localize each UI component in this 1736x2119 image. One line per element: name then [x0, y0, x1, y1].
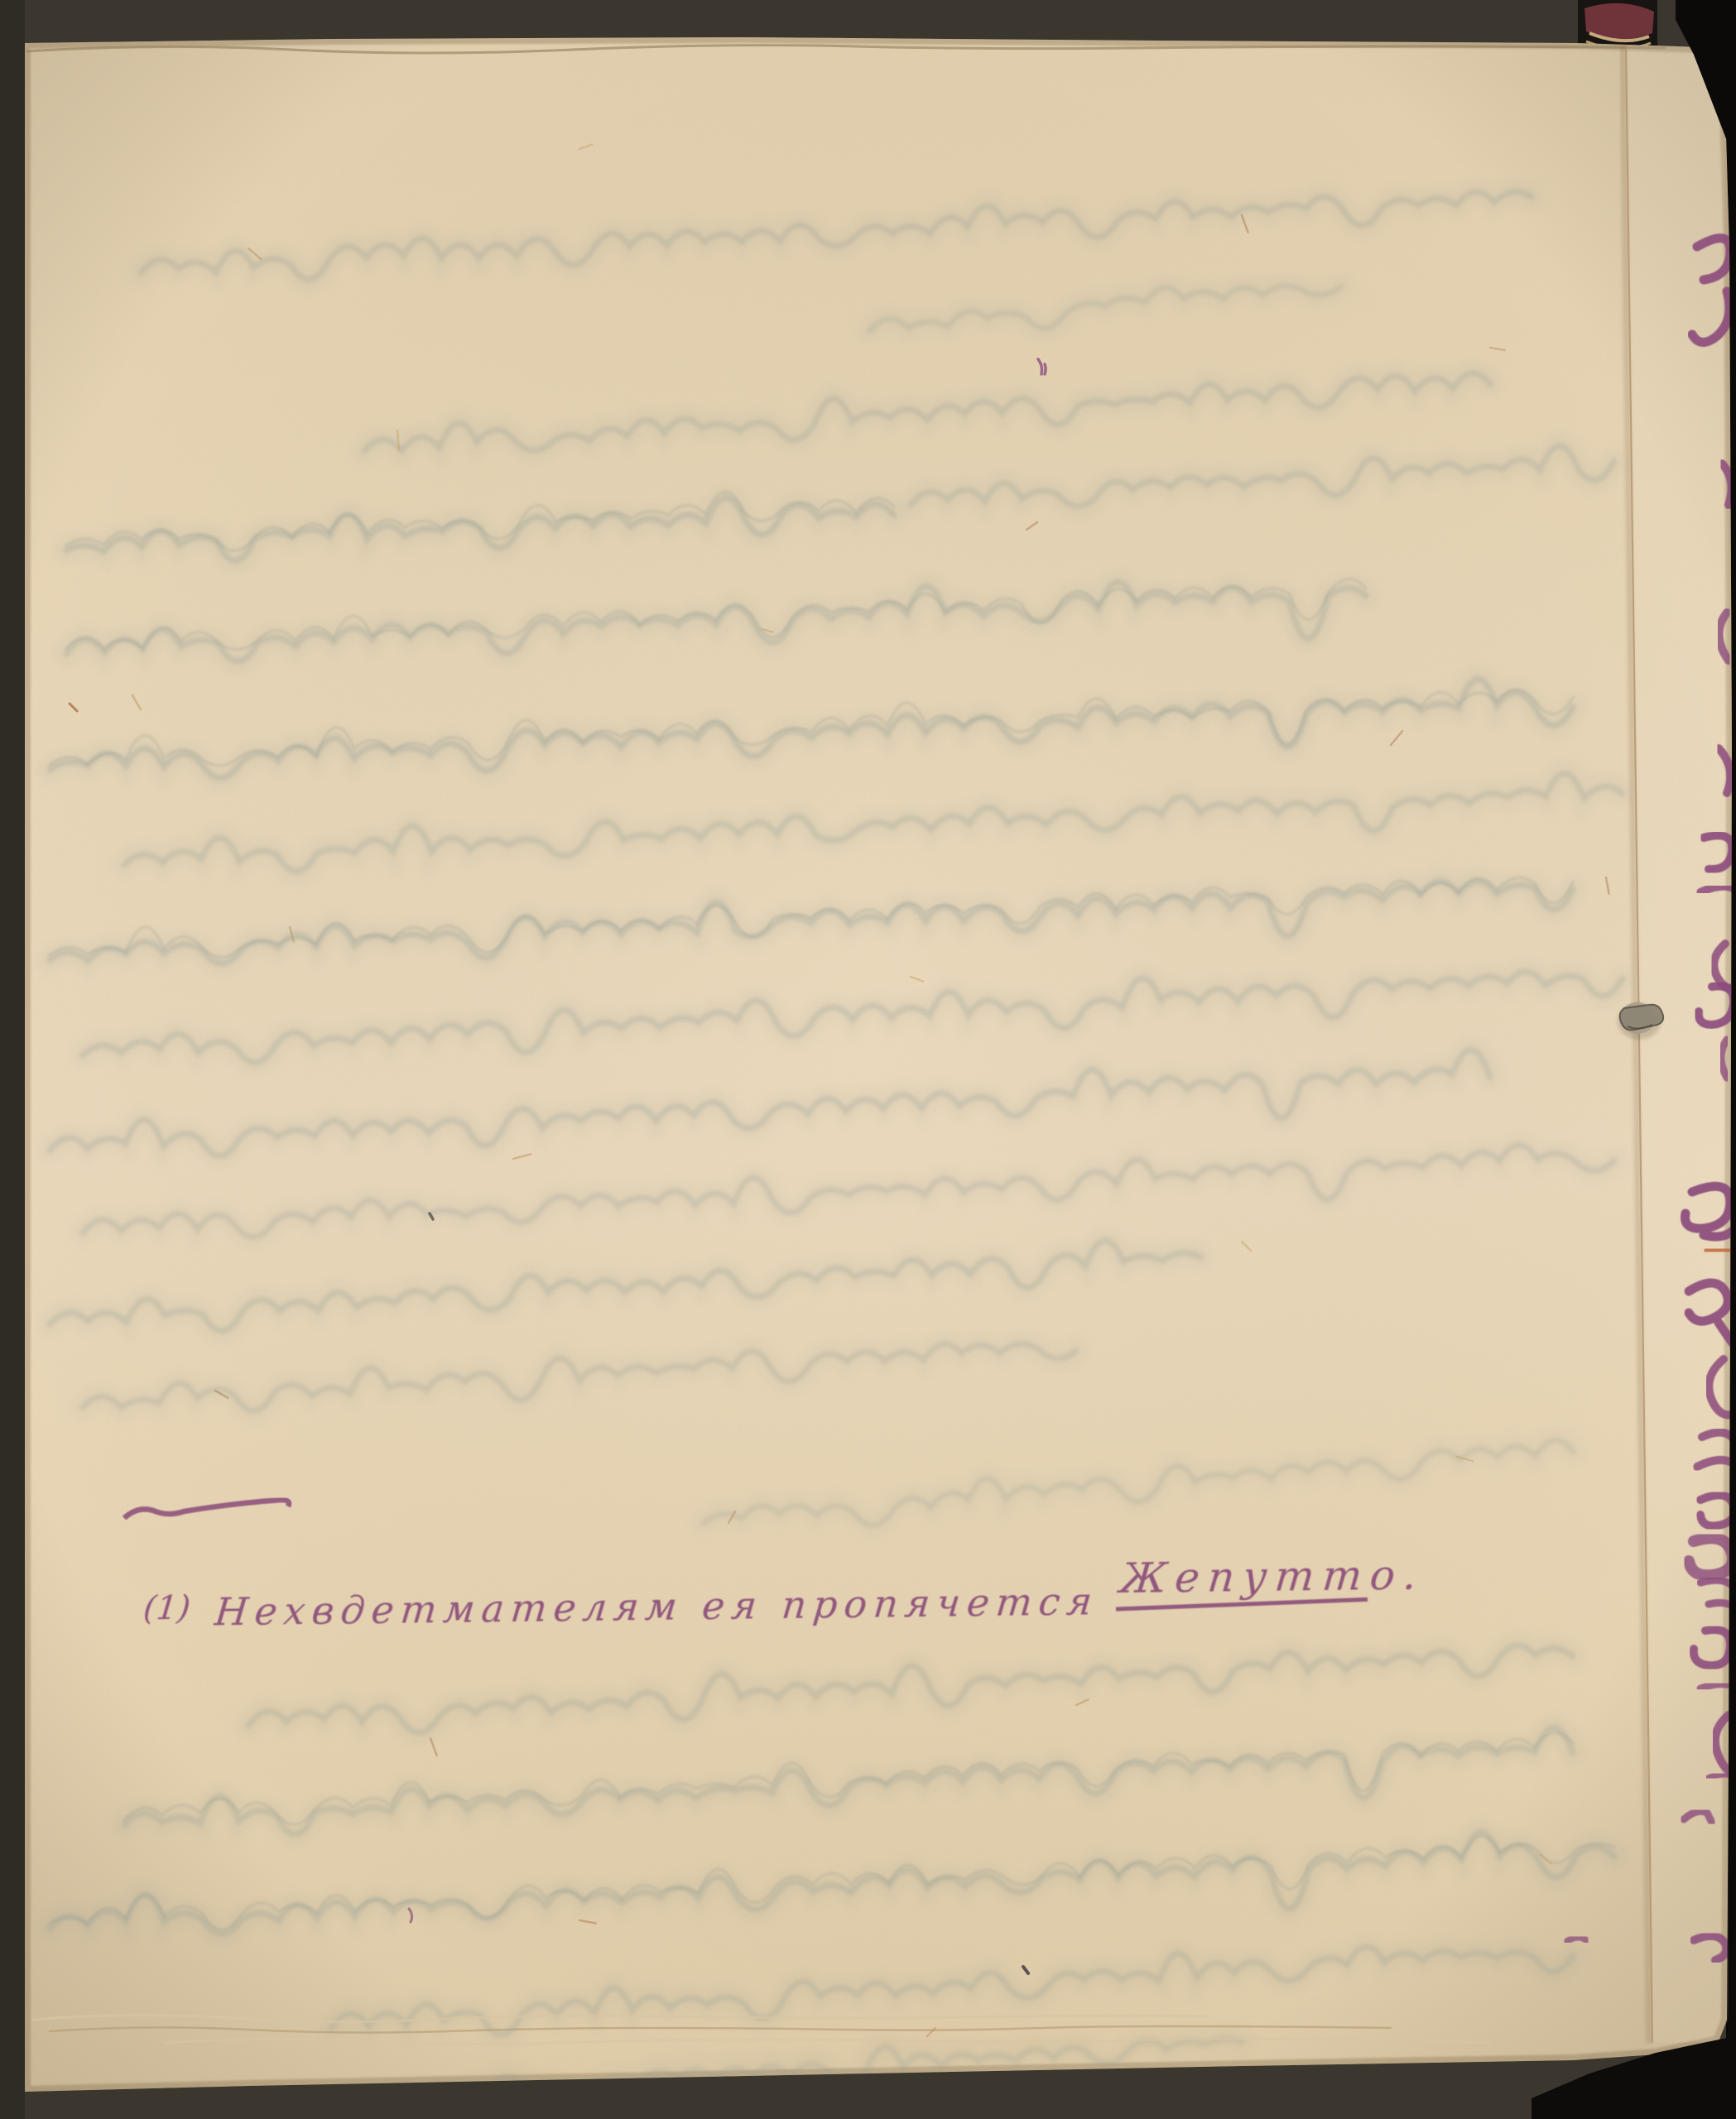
- spine-thread: [1578, 0, 1657, 49]
- scanned-page: (1) Нехвдетмателям ея пропячется Жепутто…: [0, 0, 1736, 2119]
- footnote-marker: (1): [142, 1589, 192, 1628]
- footnote-underlined-word: Жепутто.: [1116, 1550, 1427, 1602]
- left-edge-shade: [0, 0, 25, 2119]
